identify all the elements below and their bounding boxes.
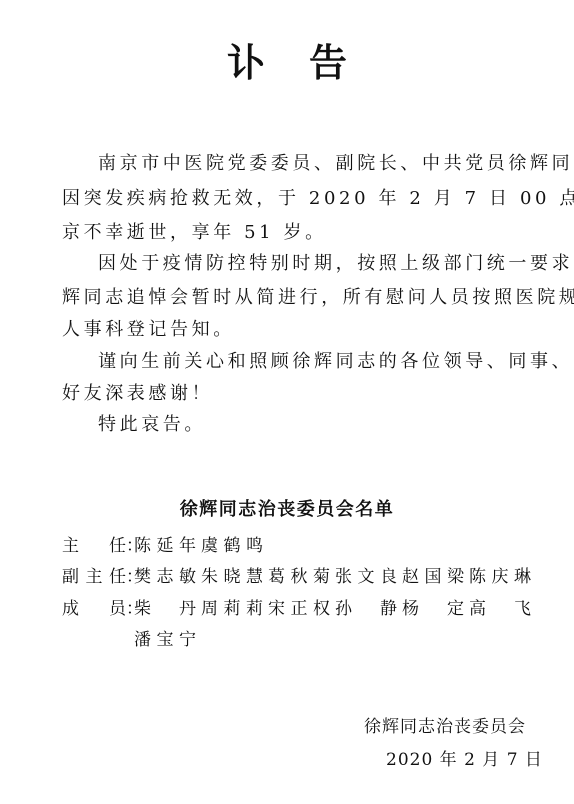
roster-label-deputy-director: 副主任 <box>62 565 126 589</box>
roster-name: 赵国梁 <box>402 565 464 589</box>
roster-row-members-continued: 潘宝宁 <box>62 628 201 652</box>
roster-name: 周莉莉 <box>201 597 263 621</box>
roster-name: 樊志敏 <box>134 565 196 589</box>
paragraph-3-line-1: 谨向生前关心和照顾徐辉同志的各位领导、同事、亲朋 <box>98 350 574 374</box>
roster-row-members: 成员： 柴丹 周莉莉 宋正权 孙静 杨定 高飞 <box>62 597 536 621</box>
paragraph-2-line-1: 因处于疫情防控特别时期，按照上级部门统一要求，徐 <box>98 252 574 276</box>
roster-label-empty <box>62 628 126 652</box>
roster-name: 朱晓慧 <box>201 565 263 589</box>
roster-row-deputy-director: 副主任： 樊志敏 朱晓慧 葛秋菊 张文良 赵国梁 陈庆琳 <box>62 565 536 589</box>
roster-name: 高飞 <box>469 597 531 621</box>
roster-label-director: 主任 <box>62 534 126 558</box>
title-char-2: 告 <box>309 38 347 88</box>
roster-label-members: 成员 <box>62 597 126 621</box>
paragraph-1-line-1: 南京市中医院党委委员、副院长、中共党员徐辉同志， <box>98 152 574 176</box>
paragraph-4-line-1: 特此哀告。 <box>98 413 206 437</box>
roster-name: 杨定 <box>402 597 464 621</box>
paragraph-3-line-2: 好友深表感谢！ <box>62 382 213 406</box>
roster-name: 柴丹 <box>134 597 196 621</box>
committee-title: 徐辉同志治丧委员会名单 <box>0 498 574 522</box>
obituary-page: 讣告 南京市中医院党委委员、副院长、中共党员徐辉同志， 因突发疾病抢救无效，于 … <box>0 0 574 804</box>
roster-row-director: 主任： 陈延年 虞鹤鸣 <box>62 534 268 558</box>
roster-name: 虞鹤鸣 <box>201 534 263 558</box>
title-char-1: 讣 <box>227 38 265 88</box>
roster-name: 葛秋菊 <box>268 565 330 589</box>
roster-name: 潘宝宁 <box>134 628 196 652</box>
roster-name: 陈延年 <box>134 534 196 558</box>
page-title: 讣告 <box>0 38 574 88</box>
signature-date: 2020 年 2 月 7 日 <box>386 748 543 772</box>
paragraph-2-line-2: 辉同志追悼会暂时从简进行，所有慰问人员按照医院规定向 <box>62 286 574 310</box>
roster-name: 孙静 <box>335 597 397 621</box>
roster-name: 张文良 <box>335 565 397 589</box>
paragraph-2-line-3: 人事科登记告知。 <box>62 318 235 342</box>
roster-name: 宋正权 <box>268 597 330 621</box>
signature-organization: 徐辉同志治丧委员会 <box>364 715 526 739</box>
paragraph-1-line-2: 因突发疾病抢救无效，于 2020 年 2 月 7 日 00 点 03 分在南 <box>62 187 574 211</box>
roster-name: 陈庆琳 <box>469 565 531 589</box>
paragraph-1-line-3: 京不幸逝世，享年 51 岁。 <box>62 221 327 245</box>
